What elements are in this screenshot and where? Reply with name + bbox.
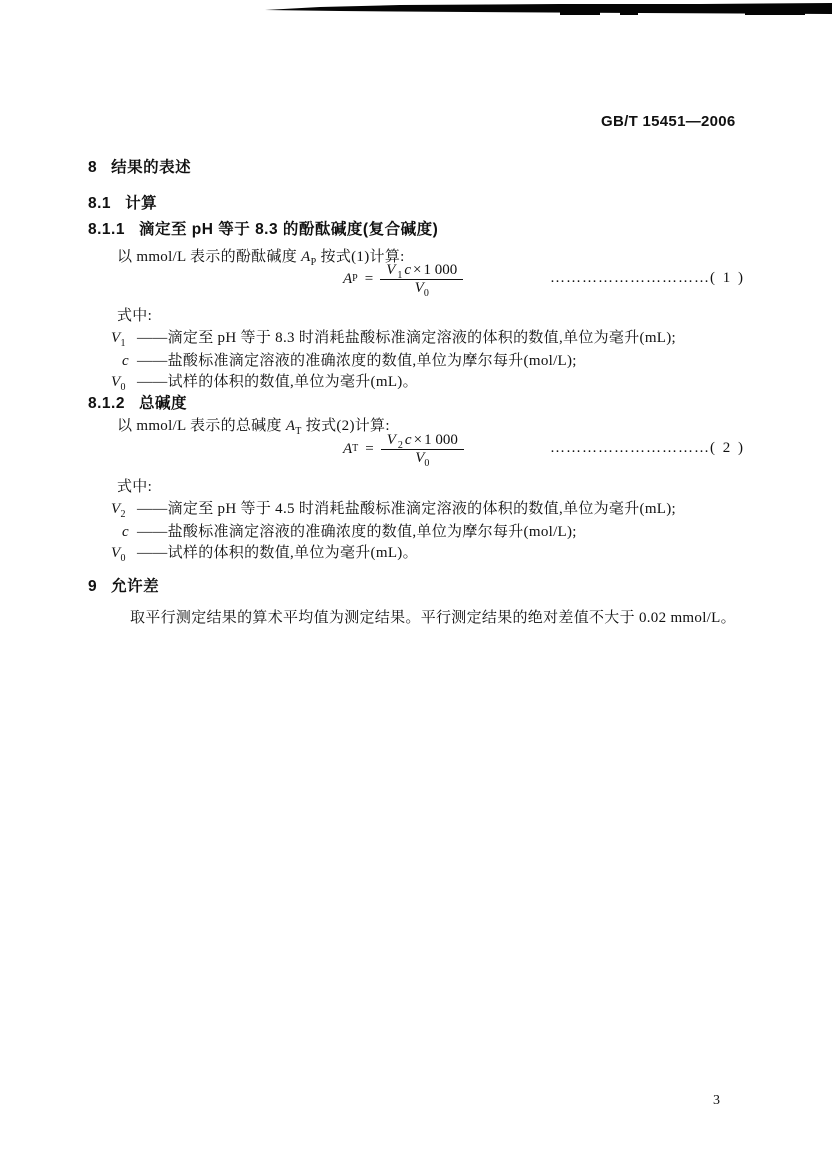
eq-2-dots: ………………………… bbox=[550, 440, 710, 456]
section-8-1-1-heading: 8.1.1滴定至 pH 等于 8.3 的酚酞碱度(复合碱度) bbox=[88, 217, 438, 239]
formula-1-times: × bbox=[413, 262, 421, 278]
eq-2-number: ( 2 ) bbox=[710, 440, 745, 456]
scan-artifact-streak bbox=[0, 0, 832, 22]
section-8-1-number: 8.1 bbox=[88, 195, 111, 212]
eq-2-leader: …………………………( 2 ) bbox=[550, 440, 745, 457]
formula-1-num-v-sub: 1 bbox=[397, 270, 402, 281]
formula-1-den-v-sub: 0 bbox=[424, 288, 429, 299]
formula-1-const: 1 000 bbox=[424, 262, 458, 278]
formula-2-lhs: A bbox=[343, 441, 352, 458]
formula-2-equals: = bbox=[365, 441, 373, 458]
section-8-1-2-number: 8.1.2 bbox=[88, 395, 125, 412]
formula-2-intro-pre: 以 mmol/L 表示的总碱度 bbox=[117, 418, 286, 434]
formula-1-equals: = bbox=[365, 271, 373, 288]
page-number: 3 bbox=[713, 1093, 720, 1109]
formula-1-where-label: 式中: bbox=[117, 304, 152, 325]
eq-1-leader: …………………………( 1 ) bbox=[550, 270, 745, 287]
formula-1-lhs: A bbox=[343, 271, 352, 288]
def-text: ——滴定至 pH 等于 8.3 时消耗盐酸标准滴定溶液的体积的数值,单位为毫升(… bbox=[137, 330, 676, 346]
standard-code: GB/T 15451—2006 bbox=[601, 113, 736, 130]
formula-1-num-c: c bbox=[404, 262, 411, 278]
formula-2-def-v0: V0——试样的体积的数值,单位为毫升(mL)。 bbox=[111, 541, 418, 562]
section-8-title: 结果的表述 bbox=[111, 159, 191, 176]
def-symbol: c bbox=[122, 524, 129, 540]
def-text: ——盐酸标准滴定溶液的准确浓度的数值,单位为摩尔每升(mol/L); bbox=[137, 524, 577, 540]
formula-1-intro-var: A bbox=[301, 249, 310, 265]
formula-2-num-v: V bbox=[387, 432, 396, 448]
section-8-1-2-title: 总碱度 bbox=[139, 395, 187, 412]
formula-2-def-v2: V2——滴定至 pH 等于 4.5 时消耗盐酸标准滴定溶液的体积的数值,单位为毫… bbox=[111, 497, 676, 518]
formula-2-fraction: V2c×1 000 V0 bbox=[381, 432, 464, 467]
section-9-body: 取平行测定结果的算术平均值为测定结果。平行测定结果的绝对差值不大于 0.02 m… bbox=[130, 606, 736, 627]
formula-1-def-c: c——盐酸标准滴定溶液的准确浓度的数值,单位为摩尔每升(mol/L); bbox=[122, 349, 577, 370]
eq-1-number: ( 1 ) bbox=[710, 270, 745, 286]
def-text: ——试样的体积的数值,单位为毫升(mL)。 bbox=[137, 374, 418, 390]
formula-2-intro-var: A bbox=[286, 418, 295, 434]
formula-1-fraction: V1c×1 000 V0 bbox=[380, 262, 463, 297]
formula-2-num-c: c bbox=[405, 432, 412, 448]
formula-1-intro-pre: 以 mmol/L 表示的酚酞碱度 bbox=[117, 249, 301, 265]
formula-1-num-v: V bbox=[386, 262, 395, 278]
section-8-heading: 8结果的表述 bbox=[88, 155, 191, 177]
formula-1-def-v0: V0——试样的体积的数值,单位为毫升(mL)。 bbox=[111, 370, 418, 391]
def-symbol-sub: 0 bbox=[120, 553, 125, 564]
formula-2-def-c: c——盐酸标准滴定溶液的准确浓度的数值,单位为摩尔每升(mol/L); bbox=[122, 520, 577, 541]
formula-2-num-v-sub: 2 bbox=[398, 440, 403, 451]
formula-2: AT = V2c×1 000 V0 bbox=[343, 429, 464, 469]
def-text: ——试样的体积的数值,单位为毫升(mL)。 bbox=[137, 545, 418, 561]
section-8-1-1-title: 滴定至 pH 等于 8.3 的酚酞碱度(复合碱度) bbox=[139, 221, 438, 238]
formula-2-den-v: V bbox=[415, 450, 424, 466]
formula-2-const: 1 000 bbox=[424, 432, 458, 448]
formula-2-den-v-sub: 0 bbox=[424, 458, 429, 469]
document-page: GB/T 15451—2006 8结果的表述 8.1计算 8.1.1滴定至 pH… bbox=[0, 0, 832, 1169]
eq-1-dots: ………………………… bbox=[550, 270, 710, 286]
section-8-1-heading: 8.1计算 bbox=[88, 191, 157, 213]
def-text: ——盐酸标准滴定溶液的准确浓度的数值,单位为摩尔每升(mol/L); bbox=[137, 353, 577, 369]
section-8-1-title: 计算 bbox=[125, 195, 157, 212]
def-symbol: c bbox=[122, 353, 129, 369]
def-symbol-sub: 1 bbox=[120, 338, 125, 349]
formula-1-def-v1: V1——滴定至 pH 等于 8.3 时消耗盐酸标准滴定溶液的体积的数值,单位为毫… bbox=[111, 326, 676, 347]
def-symbol-sub: 2 bbox=[120, 509, 125, 520]
formula-2-times: × bbox=[414, 432, 422, 448]
formula-1: AP = V1c×1 000 V0 bbox=[343, 259, 463, 299]
section-8-number: 8 bbox=[88, 159, 97, 176]
section-9-title: 允许差 bbox=[111, 578, 159, 595]
formula-1-den-v: V bbox=[415, 280, 424, 296]
formula-2-where-label: 式中: bbox=[117, 475, 152, 496]
section-8-1-1-number: 8.1.1 bbox=[88, 221, 125, 238]
section-9-number: 9 bbox=[88, 578, 97, 595]
def-text: ——滴定至 pH 等于 4.5 时消耗盐酸标准滴定溶液的体积的数值,单位为毫升(… bbox=[137, 501, 676, 517]
section-9-heading: 9允许差 bbox=[88, 574, 159, 596]
section-8-1-2-heading: 8.1.2总碱度 bbox=[88, 391, 187, 413]
